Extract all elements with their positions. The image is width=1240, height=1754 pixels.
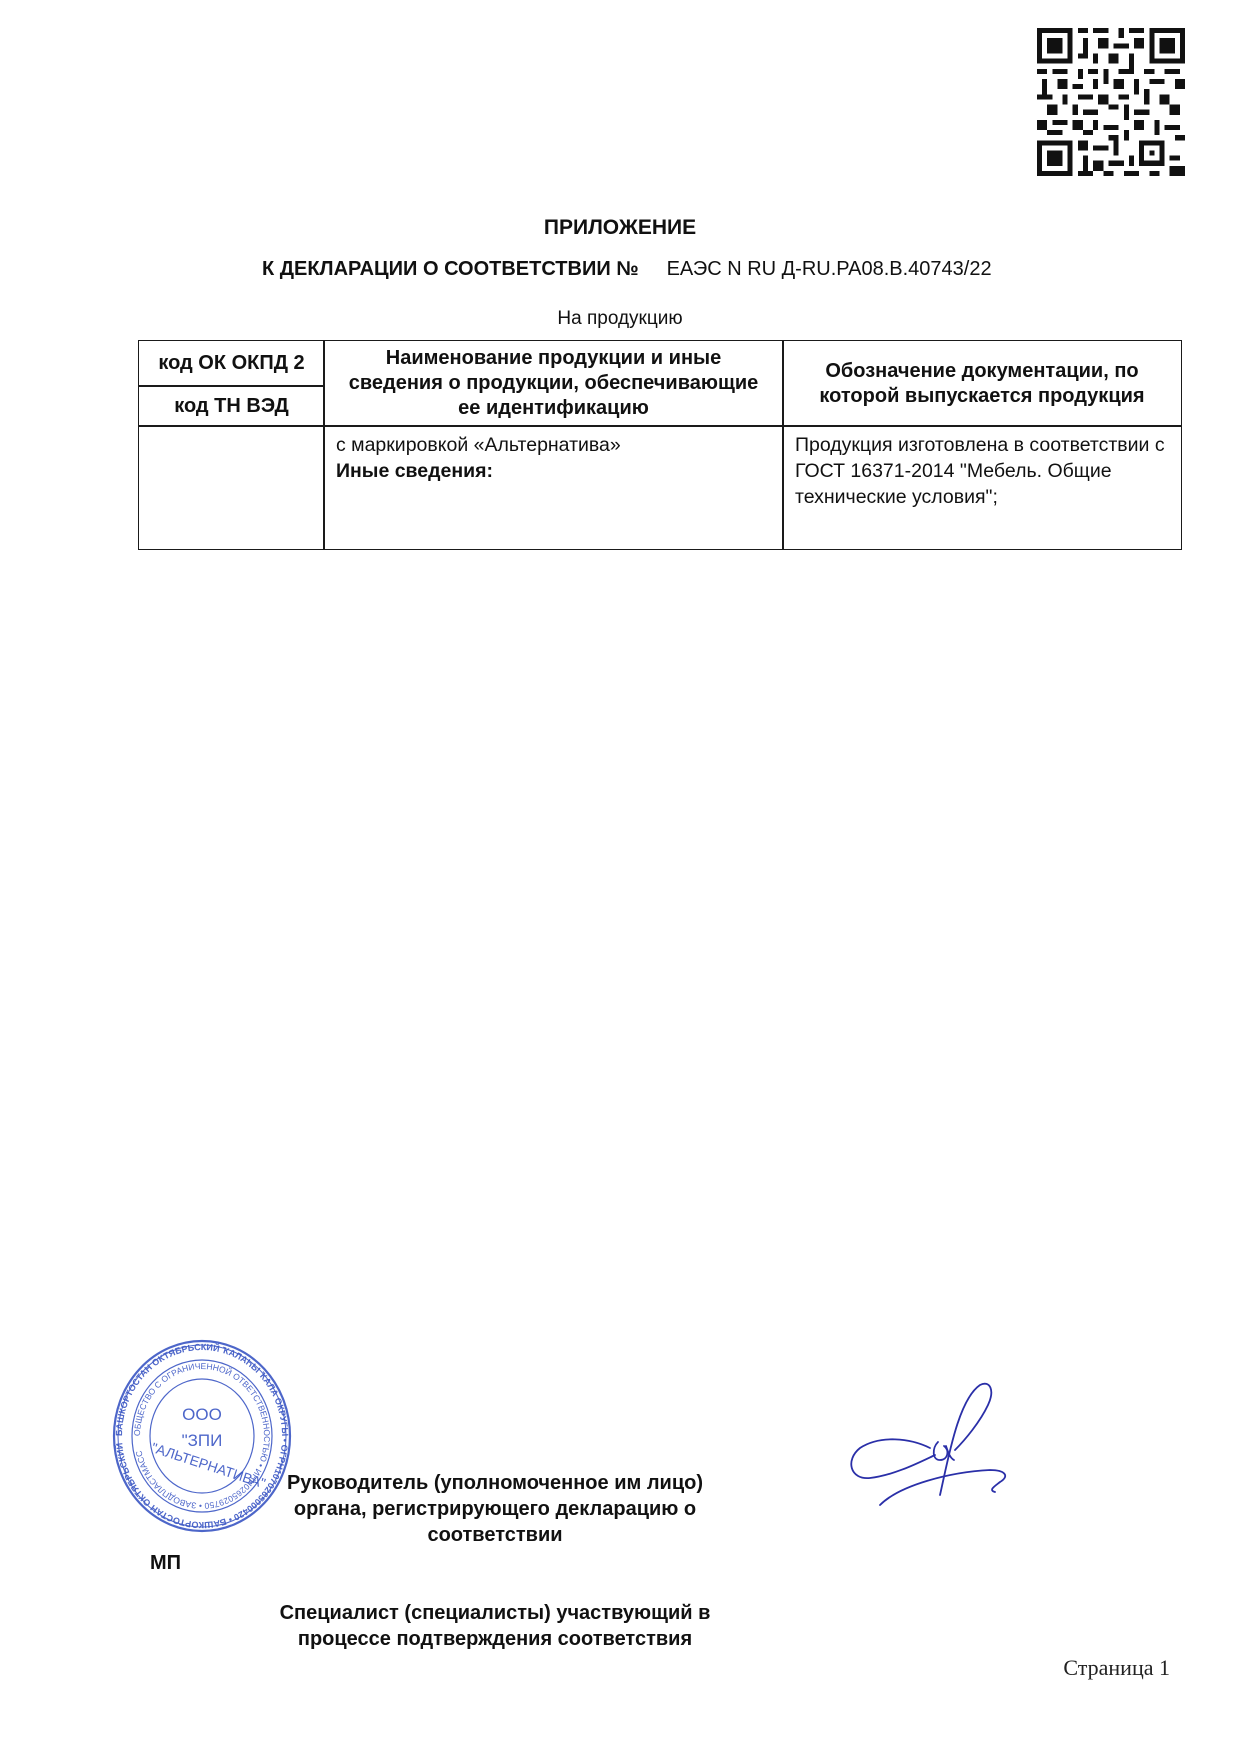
header-documentation: Обозначение документации, по которой вып… [782,340,1182,427]
header-product-name: Наименование продукции и иные сведения о… [323,340,784,427]
declaration-heading: К ДЕКЛАРАЦИИ О СООТВЕТСТВИИ №ЕАЭС N RU Д… [262,258,992,281]
cell-product-name: с маркировкой «Альтернатива» Иные сведен… [323,425,784,550]
page-number: Страница 1 [1063,1655,1170,1681]
product-marking: с маркировкой «Альтернатива» [336,432,771,458]
product-caption: На продукцию [0,308,1240,330]
declaration-label: К ДЕКЛАРАЦИИ О СООТВЕТСТВИИ № [262,258,639,280]
header-code-tnved: код ТН ВЭД [138,385,325,427]
cell-code [138,425,325,550]
declaration-number: ЕАЭС N RU Д-RU.PA08.B.40743/22 [667,258,992,280]
handwritten-signature [840,1360,1040,1510]
stamp-line2: "ЗПИ [182,1431,223,1450]
head-signature-label: Руководитель (уполномоченное им лицо) ор… [250,1470,740,1548]
specialist-signature-label: Специалист (специалисты) участвующий в п… [240,1600,750,1652]
mp-label: МП [150,1552,181,1575]
cell-documentation: Продукция изготовлена в соответствии с Г… [782,425,1182,550]
stamp-line1: ООО [182,1405,222,1424]
other-info-label: Иные сведения: [336,458,771,484]
product-table: код ОК ОКПД 2 код ТН ВЭД Наименование пр… [138,340,1182,550]
qr-code-icon [1037,28,1185,176]
header-code-okpd: код ОК ОКПД 2 [138,340,325,387]
document-title: ПРИЛОЖЕНИЕ [0,216,1240,240]
